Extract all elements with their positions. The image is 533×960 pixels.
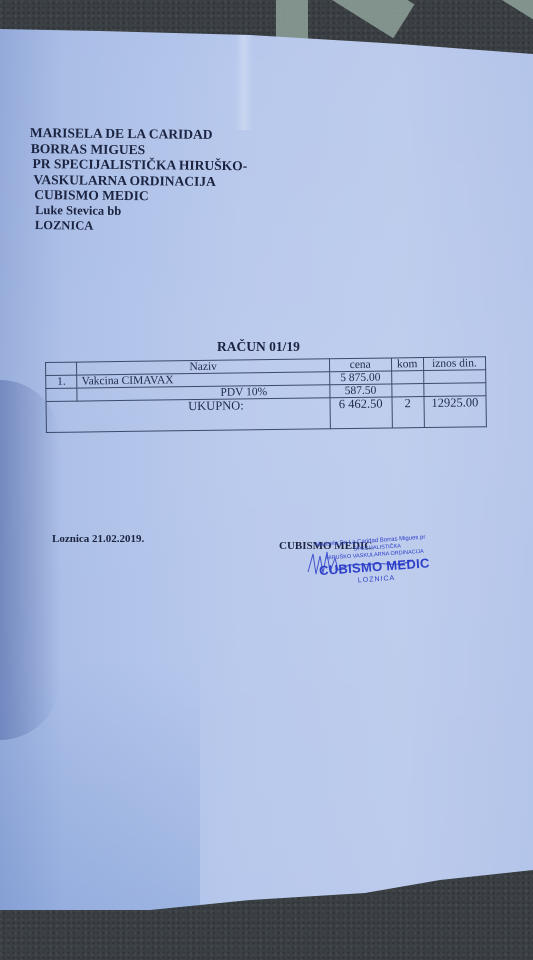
sender-line: PR SPECIJALISTIČKA HIRUŠKO- [30, 156, 248, 174]
sender-line: CUBISMO MEDIC [29, 187, 247, 205]
total-price: 6 462.50 [330, 397, 392, 429]
handwritten-signature [303, 548, 423, 578]
total-amount: 12925.00 [424, 396, 487, 428]
total-row: UKUPNO: 6 462.50 2 12925.00 [46, 396, 486, 433]
item-amount [423, 370, 485, 384]
vat-no-cell [46, 388, 78, 401]
header-no [46, 362, 78, 375]
header-price: cena [329, 358, 391, 372]
invoice-title: RAČUN 01/19 [217, 339, 300, 355]
road-marking [470, 0, 533, 28]
paper-fold [235, 30, 253, 130]
invoice-table: Naziv cena kom iznos din. 1. Vakcina CIM… [45, 356, 487, 433]
sender-line: MARISELA DE LA CARIDAD [30, 125, 248, 143]
item-no: 1. [46, 375, 78, 388]
total-label: UKUPNO: [46, 398, 330, 433]
sender-address: MARISELA DE LA CARIDAD BORRAS MIGUES PR … [29, 125, 248, 236]
total-qty: 2 [392, 397, 425, 428]
sender-line: LOZNICA [29, 218, 247, 236]
invoice-paper: MARISELA DE LA CARIDAD BORRAS MIGUES PR … [0, 0, 533, 960]
item-price: 5 875.00 [329, 371, 391, 385]
road-marking [300, 0, 414, 38]
vat-qty-cell [391, 384, 423, 397]
header-amount: iznos din. [423, 357, 485, 371]
paper-shadow [0, 660, 200, 910]
item-qty [391, 371, 423, 384]
place-and-date: Loznica 21.02.2019. [52, 533, 144, 545]
header-qty: kom [391, 358, 423, 371]
